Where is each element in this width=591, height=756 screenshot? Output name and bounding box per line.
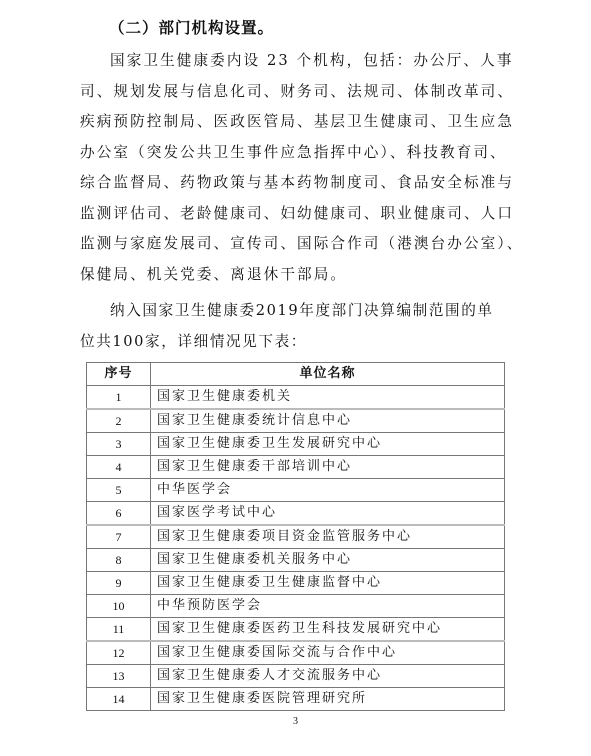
row-index: 10 — [87, 595, 151, 618]
row-unit-name: 国家卫生健康委机关服务中心 — [151, 549, 505, 572]
row-unit-name: 中华医学会 — [151, 479, 505, 502]
row-unit-name: 国家卫生健康委医药卫生科技发展研究中心 — [151, 618, 505, 642]
row-unit-name: 国家卫生健康委卫生健康监督中心 — [151, 572, 505, 595]
row-index: 2 — [87, 409, 151, 433]
row-unit-name: 国家卫生健康委项目资金监管服务中心 — [151, 525, 505, 549]
row-index: 12 — [87, 641, 151, 665]
row-index: 11 — [87, 618, 151, 642]
page-number: 3 — [0, 716, 591, 727]
paragraph-line: 综合监督局、药物政策与基本药物制度司、食品安全标准与 — [80, 168, 500, 199]
table-row: 12 国家卫生健康委国际交流与合作中心 — [87, 641, 505, 665]
table-row: 3 国家卫生健康委卫生发展研究中心 — [87, 433, 505, 456]
row-unit-name: 国家卫生健康委机关 — [151, 386, 505, 410]
table-row: 1 国家卫生健康委机关 — [87, 386, 505, 410]
paragraph-line: 纳入国家卫生健康委2019年度部门决算编制范围的单 — [80, 296, 500, 327]
row-index: 14 — [87, 688, 151, 711]
table-row: 14 国家卫生健康委医院管理研究所 — [87, 688, 505, 711]
column-header-index: 序号 — [87, 363, 151, 386]
units-table: 序号 单位名称 1 国家卫生健康委机关 2 国家卫生健康委统计信息中心 3 国家… — [86, 362, 505, 711]
table-row: 9 国家卫生健康委卫生健康监督中心 — [87, 572, 505, 595]
table-row: 5 中华医学会 — [87, 479, 505, 502]
table-row: 11 国家卫生健康委医药卫生科技发展研究中心 — [87, 618, 505, 642]
row-index: 3 — [87, 433, 151, 456]
table-row: 13 国家卫生健康委人才交流服务中心 — [87, 665, 505, 688]
table-header-row: 序号 单位名称 — [87, 363, 505, 386]
paragraph-line: 国家卫生健康委内设 23 个机构，包括：办公厅、人事 — [80, 46, 500, 77]
paragraph-budget-scope: 纳入国家卫生健康委2019年度部门决算编制范围的单 位共100家，详细情况见下表… — [80, 296, 500, 357]
paragraph-internal-organizations: 国家卫生健康委内设 23 个机构，包括：办公厅、人事 司、规划发展与信息化司、财… — [80, 46, 500, 290]
row-index: 1 — [87, 386, 151, 410]
paragraph-line: 办公室（突发公共卫生事件应急指挥中心）、科技教育司、 — [80, 138, 500, 169]
table-row: 7 国家卫生健康委项目资金监管服务中心 — [87, 525, 505, 549]
row-unit-name: 国家卫生健康委统计信息中心 — [151, 409, 505, 433]
row-index: 4 — [87, 456, 151, 479]
row-unit-name: 国家卫生健康委人才交流服务中心 — [151, 665, 505, 688]
document-page: （二）部门机构设置。 国家卫生健康委内设 23 个机构，包括：办公厅、人事 司、… — [0, 0, 591, 756]
row-index: 5 — [87, 479, 151, 502]
row-index: 8 — [87, 549, 151, 572]
row-index: 9 — [87, 572, 151, 595]
paragraph-line: 保健局、机关党委、离退休干部局。 — [80, 260, 500, 291]
row-index: 7 — [87, 525, 151, 549]
row-unit-name: 国家卫生健康委干部培训中心 — [151, 456, 505, 479]
paragraph-line: 监测评估司、老龄健康司、妇幼健康司、职业健康司、人口 — [80, 199, 500, 230]
table-row: 10 中华预防医学会 — [87, 595, 505, 618]
table-row: 8 国家卫生健康委机关服务中心 — [87, 549, 505, 572]
row-index: 13 — [87, 665, 151, 688]
paragraph-line: 位共100家，详细情况见下表： — [80, 327, 500, 358]
row-unit-name: 国家卫生健康委国际交流与合作中心 — [151, 641, 505, 665]
row-unit-name: 国家医学考试中心 — [151, 502, 505, 526]
paragraph-line: 监测与家庭发展司、宣传司、国际合作司（港澳台办公室）、 — [80, 229, 500, 260]
row-unit-name: 中华预防医学会 — [151, 595, 505, 618]
table-row: 6 国家医学考试中心 — [87, 502, 505, 526]
row-index: 6 — [87, 502, 151, 526]
table-row: 4 国家卫生健康委干部培训中心 — [87, 456, 505, 479]
row-unit-name: 国家卫生健康委卫生发展研究中心 — [151, 433, 505, 456]
section-heading: （二）部门机构设置。 — [109, 16, 274, 38]
row-unit-name: 国家卫生健康委医院管理研究所 — [151, 688, 505, 711]
table-row: 2 国家卫生健康委统计信息中心 — [87, 409, 505, 433]
column-header-unit-name: 单位名称 — [151, 363, 505, 386]
paragraph-line: 疾病预防控制局、医政医管局、基层卫生健康司、卫生应急 — [80, 107, 500, 138]
paragraph-line: 司、规划发展与信息化司、财务司、法规司、体制改革司、 — [80, 77, 500, 108]
